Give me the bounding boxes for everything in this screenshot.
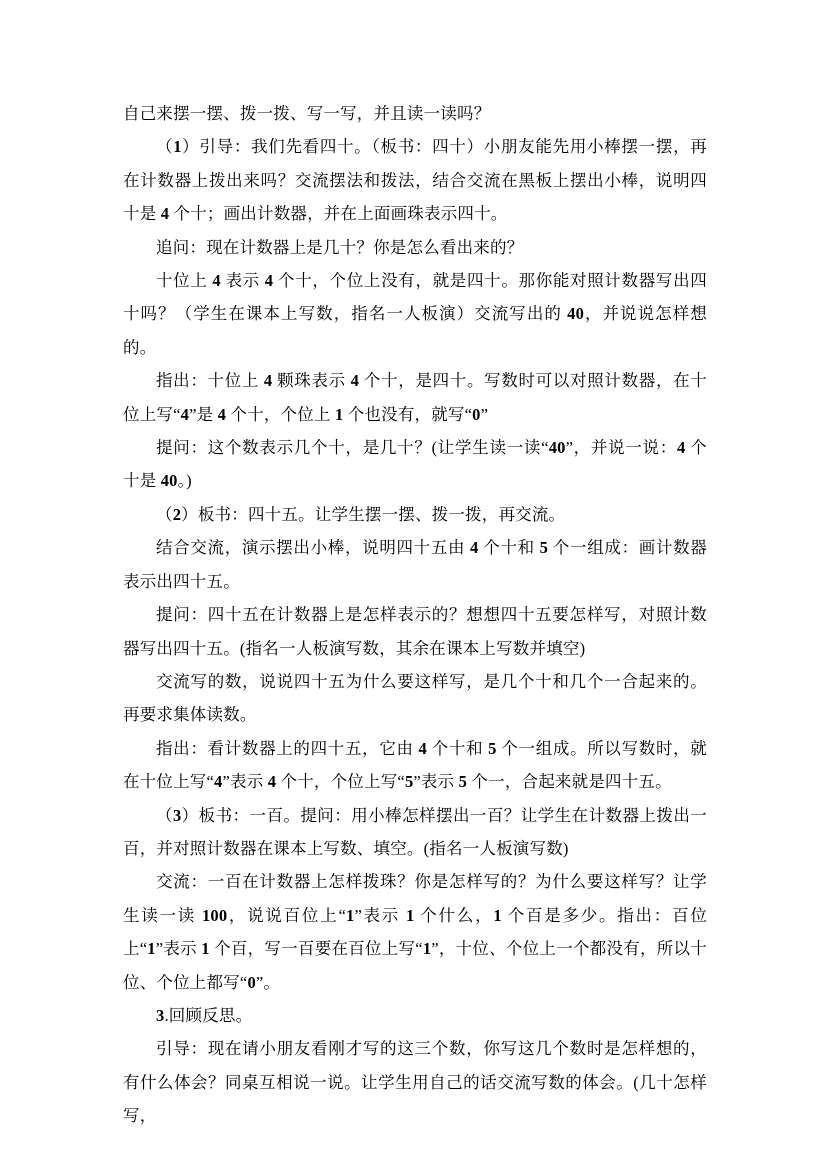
paragraph: 自己来摆一摆、拨一拨、写一写，并且读一读吗？ (123, 97, 707, 130)
paragraph: （1）引导：我们先看四十。（板书：四十）小朋友能先用小棒摆一摆，再在计数器上拨出… (123, 130, 707, 230)
paragraph: 结合交流，演示摆出小棒，说明四十五由 4 个十和 5 个一组成：画计数器表示出四… (123, 531, 707, 598)
paragraph: 交流写的数，说说四十五为什么要这样写，是几个十和几个一合起来的。再要求集体读数。 (123, 665, 707, 732)
paragraph: （3）板书：一百。提问：用小棒怎样摆出一百？让学生在计数器上拨出一百，并对照计数… (123, 799, 707, 866)
paragraph: （2）板书：四十五。让学生摆一摆、拨一拨，再交流。 (123, 498, 707, 531)
paragraph: 提问：四十五在计数器上是怎样表示的？想想四十五要怎样写，对照计数器写出四十五。(… (123, 598, 707, 665)
document-body: 自己来摆一摆、拨一拨、写一写，并且读一读吗？（1）引导：我们先看四十。（板书：四… (123, 97, 707, 1133)
paragraph: 十位上 4 表示 4 个十，个位上没有，就是四十。那你能对照计数器写出四十吗？（… (123, 264, 707, 364)
paragraph: 交流：一百在计数器上怎样拨珠？你是怎样写的？为什么要这样写？让学生读一读 100… (123, 865, 707, 999)
paragraph: 3.回顾反思。 (123, 999, 707, 1032)
paragraph: 追问：现在计数器上是几十？你是怎么看出来的？ (123, 231, 707, 264)
paragraph: 指出：十位上 4 颗珠表示 4 个十，是四十。写数时可以对照计数器，在十位上写“… (123, 364, 707, 431)
paragraph: 提问：这个数表示几个十，是几十？(让学生读一读“40”，并说一说：4 个十是 4… (123, 431, 707, 498)
document-page: 自己来摆一摆、拨一拨、写一写，并且读一读吗？（1）引导：我们先看四十。（板书：四… (0, 0, 827, 1170)
paragraph: 引导：现在请小朋友看刚才写的这三个数，你写这几个数时是怎样想的，有什么体会？同桌… (123, 1032, 707, 1132)
paragraph: 指出：看计数器上的四十五，它由 4 个十和 5 个一组成。所以写数时，就在十位上… (123, 732, 707, 799)
